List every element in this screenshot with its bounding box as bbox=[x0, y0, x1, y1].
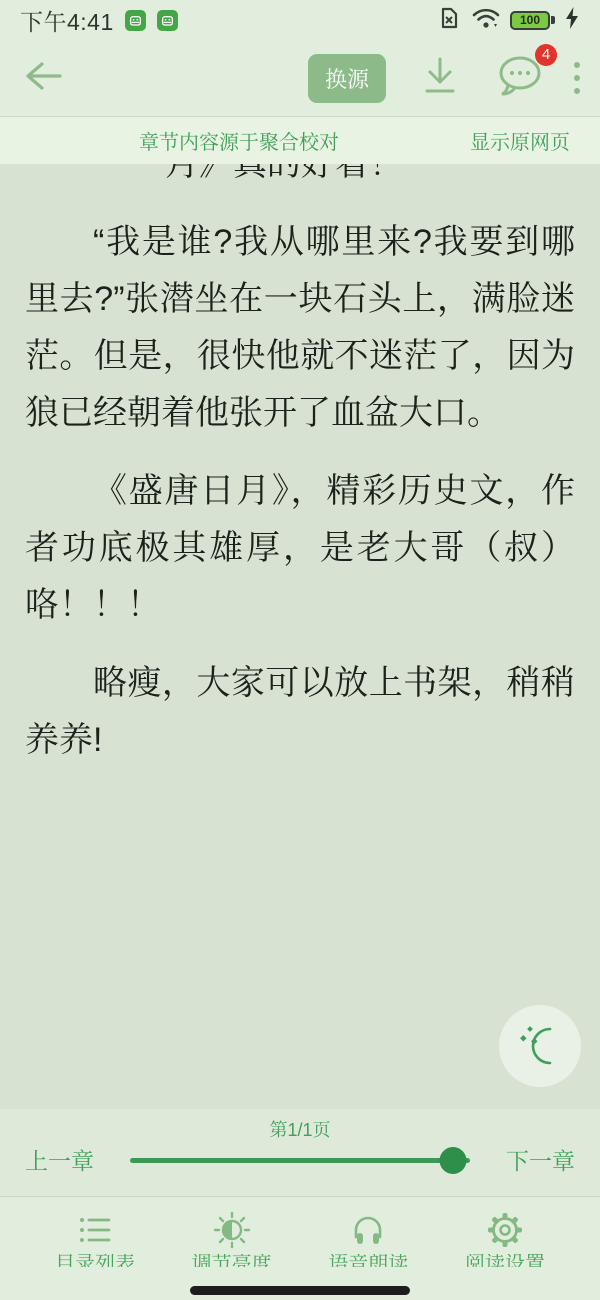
overflow-menu-icon[interactable] bbox=[574, 62, 580, 94]
source-info-label: 章节内容源于聚合校对 bbox=[139, 126, 339, 155]
list-icon bbox=[77, 1211, 113, 1249]
nav-item-catalog[interactable]: 目录列表 bbox=[40, 1211, 150, 1300]
next-chapter-button[interactable]: 下一章 bbox=[506, 1143, 575, 1176]
settings-gear-icon bbox=[486, 1211, 524, 1249]
source-banner: 章节内容源于聚合校对 显示原网页 bbox=[0, 117, 600, 164]
previous-chapter-button[interactable]: 上一章 bbox=[25, 1143, 94, 1176]
back-icon[interactable] bbox=[22, 56, 64, 101]
comments-icon[interactable]: 4 bbox=[496, 53, 544, 104]
battery-percent: 100 bbox=[520, 13, 540, 27]
slider-track[interactable] bbox=[130, 1158, 470, 1163]
nav-item-settings[interactable]: 阅读设置 bbox=[450, 1211, 560, 1300]
show-original-page-link[interactable]: 显示原网页 bbox=[470, 126, 570, 155]
reader-bottom-menu: 目录列表 调节亮度 bbox=[0, 1196, 600, 1300]
paragraph: 略瘦，大家可以放上书架，稍稍养养! bbox=[25, 655, 575, 769]
page-slider[interactable] bbox=[130, 1147, 470, 1173]
download-icon[interactable] bbox=[420, 55, 460, 102]
reading-content[interactable]: 月》真的好看！ “我是谁?我从哪里来?我要到哪里去?”张潜坐在一块石头上，满脸迷… bbox=[0, 164, 600, 1109]
status-bar: 下午4:41 100 bbox=[0, 0, 600, 40]
pager-controls: 第1/1页 上一章 下一章 bbox=[0, 1109, 600, 1196]
wifi-icon bbox=[471, 5, 501, 36]
reader-toolbar: 换源 4 bbox=[0, 40, 600, 117]
page-indicator: 第1/1页 bbox=[0, 1116, 600, 1140]
sim-missing-icon bbox=[436, 5, 462, 36]
comment-count-badge: 4 bbox=[535, 44, 557, 66]
battery-icon: 100 bbox=[510, 11, 555, 30]
notification-app-icon bbox=[157, 10, 178, 31]
headphones-icon bbox=[349, 1211, 387, 1249]
change-source-button[interactable]: 换源 bbox=[308, 54, 386, 103]
night-mode-button[interactable] bbox=[499, 1005, 581, 1087]
reader-screen: 下午4:41 100 换源 bbox=[0, 0, 600, 1300]
moon-stars-icon bbox=[514, 1020, 566, 1072]
clipped-text-line: 月》真的好看！ bbox=[25, 164, 575, 193]
brightness-icon bbox=[212, 1211, 252, 1249]
paragraph: “我是谁?我从哪里来?我要到哪里去?”张潜坐在一块石头上，满脸迷茫。但是，很快他… bbox=[25, 214, 575, 442]
notification-app-icon bbox=[125, 10, 146, 31]
paragraph: 《盛唐日月》，精彩历史文，作者功底极其雄厚，是老大哥（叔）咯！！！ bbox=[25, 463, 575, 634]
slider-thumb[interactable] bbox=[440, 1147, 467, 1174]
charging-bolt-icon bbox=[564, 6, 580, 35]
home-indicator-bar[interactable] bbox=[190, 1286, 410, 1295]
clock: 下午4:41 bbox=[20, 4, 114, 37]
